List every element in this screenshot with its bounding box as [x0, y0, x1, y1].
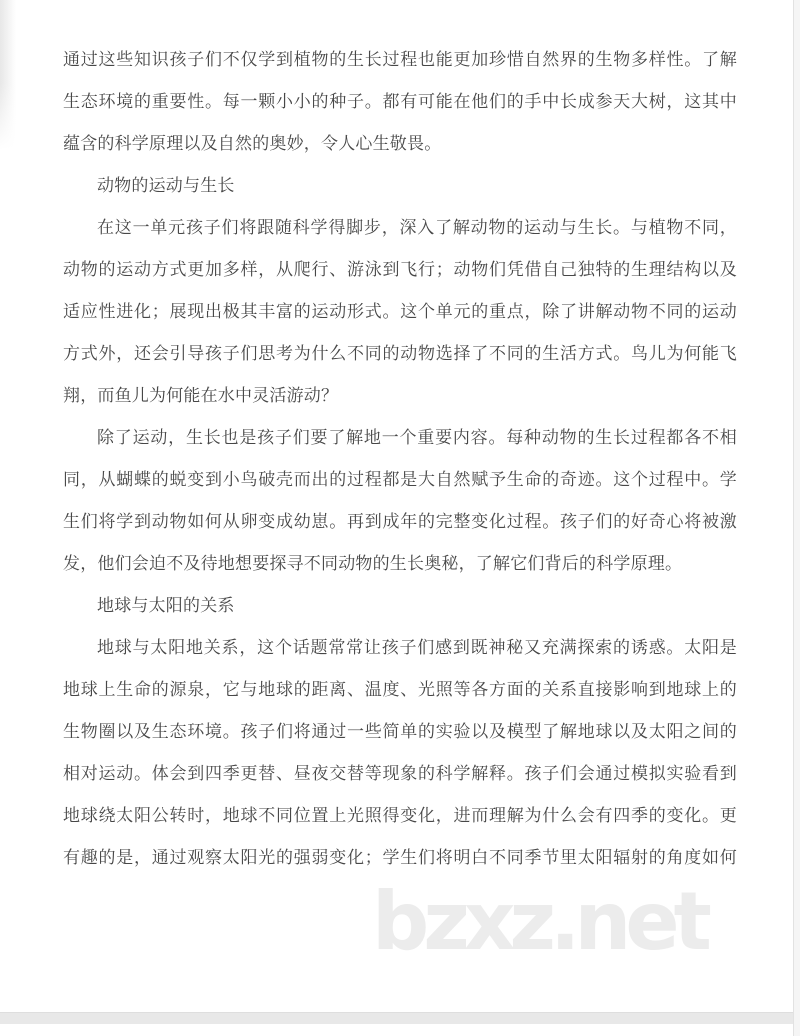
text-line: 同，从蝴蝶的蜕变到小鸟破壳而出的过程都是大自然赋予生命的奇迹。这个过程中。学 [63, 459, 737, 501]
text-line: 翔，而鱼儿为何能在水中灵活游动？ [63, 375, 737, 417]
section-heading: 地球与太阳的关系 [63, 585, 737, 627]
text-line: 生物圈以及生态环境。孩子们将通过一些简单的实验以及模型了解地球以及太阳之间的 [63, 711, 737, 753]
text-line: 通过这些知识孩子们不仅学到植物的生长过程也能更加珍惜自然界的生物多样性。了解 [63, 39, 737, 81]
site-watermark: bzxz.net [372, 882, 706, 962]
text-line: 蕴含的科学原理以及自然的奥妙，令人心生敬畏。 [63, 123, 737, 165]
text-line: 有趣的是，通过观察太阳光的强弱变化；学生们将明白不同季节里太阳辐射的角度如何 [63, 837, 737, 879]
text-line: 相对运动。体会到四季更替、昼夜交替等现象的科学解释。孩子们会通过模拟实验看到 [63, 753, 737, 795]
text-line: 生们将学到动物如何从卵变成幼崽。再到成年的完整变化过程。孩子们的好奇心将被激 [63, 501, 737, 543]
text-line: 地球与太阳地关系，这个话题常常让孩子们感到既神秘又充满探索的诱惑。太阳是 [63, 627, 737, 669]
text-line: 除了运动，生长也是孩子们要了解地一个重要内容。每种动物的生长过程都各不相 [63, 417, 737, 459]
page: 通过这些知识孩子们不仅学到植物的生长过程也能更加珍惜自然界的生物多样性。了解 生… [0, 0, 794, 1012]
text-line: 发，他们会迫不及待地想要探寻不同动物的生长奥秘，了解它们背后的科学原理。 [63, 543, 737, 585]
page-text-content: 通过这些知识孩子们不仅学到植物的生长过程也能更加珍惜自然界的生物多样性。了解 生… [63, 39, 737, 879]
text-line: 在这一单元孩子们将跟随科学得脚步，深入了解动物的运动与生长。与植物不同， [63, 207, 737, 249]
page-left-shadow [0, 0, 16, 150]
text-line: 生态环境的重要性。每一颗小小的种子。都有可能在他们的手中长成参天大树，这其中 [63, 81, 737, 123]
text-line: 地球上生命的源泉，它与地球的距离、温度、光照等各方面的关系直接影响到地球上的 [63, 669, 737, 711]
section-heading: 动物的运动与生长 [63, 165, 737, 207]
document-viewer: 通过这些知识孩子们不仅学到植物的生长过程也能更加珍惜自然界的生物多样性。了解 生… [0, 0, 800, 1036]
text-line: 适应性进化；展现出极其丰富的运动形式。这个单元的重点，除了讲解动物不同的运动 [63, 291, 737, 333]
text-line: 动物的运动方式更加多样，从爬行、游泳到飞行；动物们凭借自己独特的生理结构以及 [63, 249, 737, 291]
next-page-edge [0, 1024, 794, 1036]
viewer-right-edge [793, 0, 800, 1036]
text-line: 方式外，还会引导孩子们思考为什么不同的动物选择了不同的生活方式。鸟儿为何能飞 [63, 333, 737, 375]
text-line: 地球绕太阳公转时，地球不同位置上光照得变化，进而理解为什么会有四季的变化。更 [63, 795, 737, 837]
